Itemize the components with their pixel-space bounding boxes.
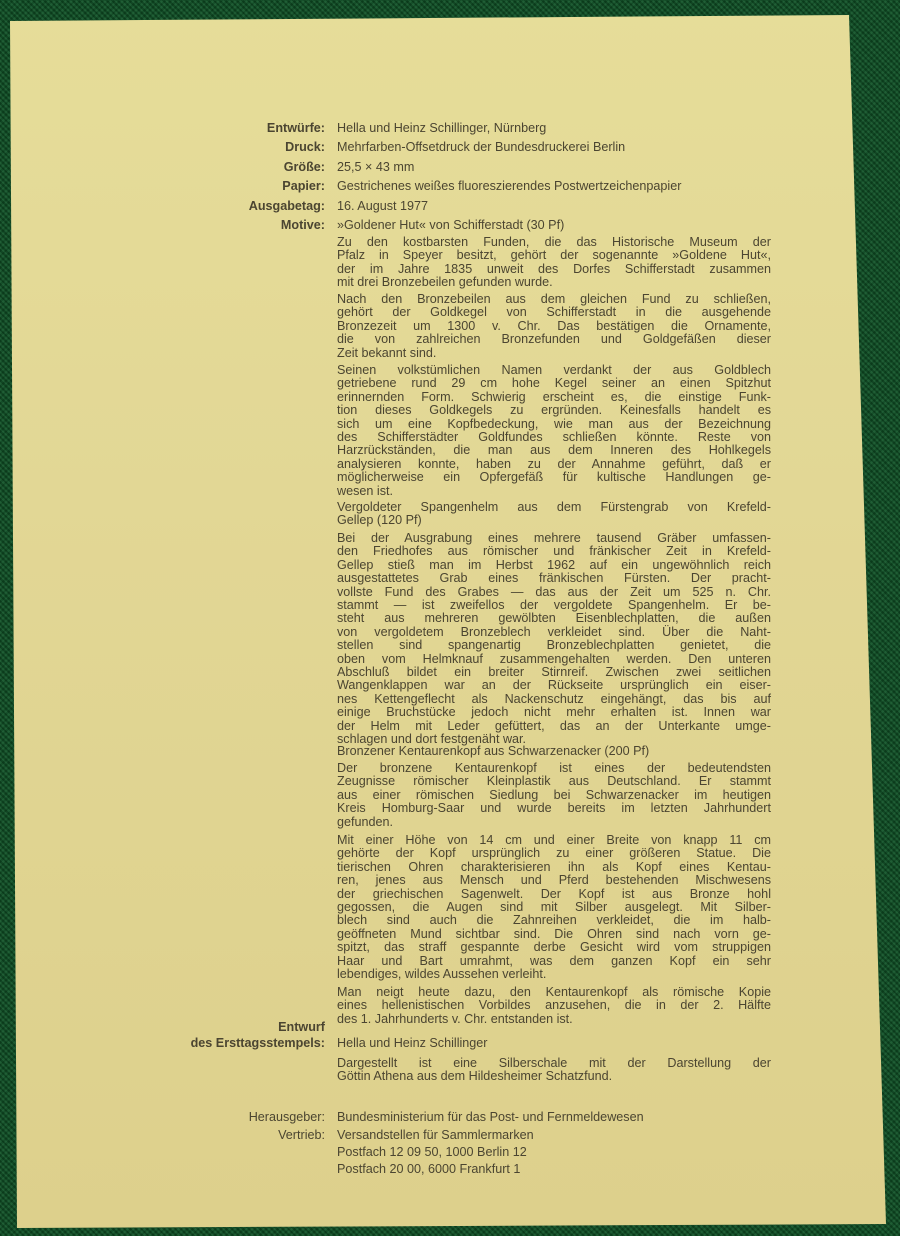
text-line: vollste Fund des Grabes — das aus der Ze… [337, 586, 771, 599]
motive1-paragraph-1: Zu den kostbarsten Funden, die das Histo… [337, 236, 771, 290]
text-line: stammt — ist zweifellos der vergoldete S… [337, 599, 771, 612]
text-line: nes Kettengeflecht als Nackenschutz eing… [337, 693, 771, 706]
text-line: Dargestellt ist eine Silberschale mit de… [337, 1057, 771, 1070]
text-line: möglicherweise ein Opfergefäß für kultis… [337, 471, 771, 484]
text-line: Zeugnisse römischer Kleinplastik aus Deu… [337, 775, 771, 788]
text-line: Harzrückständen, die man aus dem Inneren… [337, 444, 771, 457]
text-line: ren, jenes aus Mensch und Pferd bestehen… [337, 874, 771, 887]
field-label: Motive: [281, 218, 325, 232]
text-line: gegossen, die Augen sind mit Silber ausg… [337, 901, 771, 914]
text-line: geöffneten Mund sichtbar sind. Die Ohren… [337, 928, 771, 941]
text-line: Wangenklappen war an der Rückseite urspr… [337, 679, 771, 692]
text-line: Bei der Ausgrabung eines mehrere tausend… [337, 532, 771, 545]
text-line: Seinen volkstümlichen Namen verdankt der… [337, 364, 771, 377]
field-value: Mehrfarben-Offsetdruck der Bundesdrucker… [337, 140, 625, 154]
text-line: oben vom Helmknauf zusammengehalten werd… [337, 653, 771, 666]
text-line: sich um eine Kopfbedeckung, wie man aus … [337, 418, 771, 431]
text-line: ausgestattetes Grab eines fränkischen Fü… [337, 572, 771, 585]
text-line: lebendiges, wildes Aussehen verleiht. [337, 968, 771, 981]
field-label: Vertrieb: [278, 1128, 325, 1142]
field-label: Größe: [284, 160, 325, 174]
field-value: Hella und Heinz Schillinger, Nürnberg [337, 121, 546, 135]
text-line: stellen sind spangenartig Bronzeblechpla… [337, 639, 771, 652]
field-label: Ausgabetag: [249, 199, 325, 213]
field-value: Gestrichenes weißes fluoreszierendes Pos… [337, 179, 681, 193]
motive1-title: »Goldener Hut« von Schifferstadt (30 Pf) [337, 218, 564, 232]
motive1-paragraph-3: Seinen volkstümlichen Namen verdankt der… [337, 364, 771, 498]
text-line: gefunden. [337, 816, 771, 829]
field-value: Postfach 12 09 50, 1000 Berlin 12 [337, 1145, 527, 1159]
motive3-paragraph-2: Mit einer Höhe von 14 cm und einer Breit… [337, 834, 771, 981]
field-label: Herausgeber: [249, 1110, 325, 1124]
text-line: der Helm mit Leder gefüttert, das an der… [337, 720, 771, 733]
document-content: Entwürfe: Hella und Heinz Schillinger, N… [0, 0, 900, 1236]
text-line: des 1. Jahrhunderts v. Chr. entstanden i… [337, 1013, 771, 1026]
text-line: Zu den kostbarsten Funden, die das Histo… [337, 236, 771, 249]
field-value: 16. August 1977 [337, 199, 428, 213]
text-line: spitzt, das straff gespannte derbe Gesic… [337, 941, 771, 954]
text-line: von vergoldetem Bronzeblech verkleidet s… [337, 626, 771, 639]
field-label: Druck: [285, 140, 325, 154]
field-label: Entwurf [278, 1020, 325, 1034]
field-label: des Ersttagsstempels: [191, 1036, 325, 1050]
field-value: Hella und Heinz Schillinger [337, 1036, 488, 1050]
text-line: wesen ist. [337, 485, 771, 498]
text-line: aus einer römischen Siedlung bei Schwarz… [337, 789, 771, 802]
text-line: steht aus mehreren gewölbten Eisenblechp… [337, 612, 771, 625]
text-line: analysieren konnte, haben zu der Annahme… [337, 458, 771, 471]
field-value: Bundesministerium für das Post- und Fern… [337, 1110, 644, 1124]
text-line: Man neigt heute dazu, den Kentaurenkopf … [337, 986, 771, 999]
text-line: gehörte der Kopf ursprünglich zu einer g… [337, 847, 771, 860]
text-line: die von zahlreichen Bronzefunden und Gol… [337, 333, 771, 346]
text-line: der im Jahre 1835 unweit des Dorfes Schi… [337, 263, 771, 276]
text-line: Kreis Homburg-Saar und wurde bereits im … [337, 802, 771, 815]
text-line: Göttin Athena aus dem Hildesheimer Schat… [337, 1070, 771, 1083]
text-line: tierischen Ohren charakterisieren ihn al… [337, 861, 771, 874]
text-line: erinnernden Form. Schwierig erscheint es… [337, 391, 771, 404]
field-label: Papier: [282, 179, 325, 193]
motive3-paragraph-1: Der bronzene Kentaurenkopf ist eines der… [337, 762, 771, 829]
text-line: Bronzener Kentaurenkopf aus Schwarzenack… [337, 745, 771, 758]
text-line: mit drei Bronzebeilen gefunden wurde. [337, 276, 771, 289]
motive2-title: Vergoldeter Spangenhelm aus dem Fürsteng… [337, 501, 771, 528]
text-line: tion dieses Goldkegels zu ergründen. Kei… [337, 404, 771, 417]
text-line: Abschluß bildet ein breiter Stirnreif. Z… [337, 666, 771, 679]
text-line: Der bronzene Kentaurenkopf ist eines der… [337, 762, 771, 775]
field-value: Versandstellen für Sammlermarken [337, 1128, 534, 1142]
stamp-design-description: Dargestellt ist eine Silberschale mit de… [337, 1057, 771, 1084]
text-line: eines hellenistischen Vorbildes anzusehe… [337, 999, 771, 1012]
motive3-title: Bronzener Kentaurenkopf aus Schwarzenack… [337, 745, 771, 758]
motive2-paragraph-1: Bei der Ausgrabung eines mehrere tausend… [337, 532, 771, 747]
motive1-paragraph-2: Nach den Bronzebeilen aus dem gleichen F… [337, 293, 771, 360]
text-line: Mit einer Höhe von 14 cm und einer Breit… [337, 834, 771, 847]
text-line: den Friedhofes aus römischer und fränkis… [337, 545, 771, 558]
text-line: Gellep stieß man im Herbst 1962 auf ein … [337, 559, 771, 572]
text-line: Gellep (120 Pf) [337, 514, 771, 527]
field-label: Entwürfe: [267, 121, 325, 135]
text-line: Zeit bekannt sind. [337, 347, 771, 360]
text-line: blech sind auch die Zahnreihen verkleide… [337, 914, 771, 927]
field-value: 25,5 × 43 mm [337, 160, 414, 174]
text-line: Vergoldeter Spangenhelm aus dem Fürsteng… [337, 501, 771, 514]
motive3-paragraph-3: Man neigt heute dazu, den Kentaurenkopf … [337, 986, 771, 1026]
text-line: Nach den Bronzebeilen aus dem gleichen F… [337, 293, 771, 306]
text-line: einige Bruchstücke jedoch nicht mehr erh… [337, 706, 771, 719]
text-line: der griechischen Sagenwelt. Der Kopf ist… [337, 888, 771, 901]
field-value: Postfach 20 00, 6000 Frankfurt 1 [337, 1162, 520, 1176]
text-line: Pfalz in Speyer besitzt, gehört der soge… [337, 249, 771, 262]
text-line: gehört der Goldkegel von Schifferstadt i… [337, 306, 771, 319]
text-line: getriebene rund 29 cm hohe Kegel seiner … [337, 377, 771, 390]
text-line: Bronzezeit um 1300 v. Chr. Das bestätige… [337, 320, 771, 333]
text-line: Haar und Bart umrahmt, was dem ganzen Ko… [337, 955, 771, 968]
text-line: des Schifferstädter Goldfundes schließen… [337, 431, 771, 444]
